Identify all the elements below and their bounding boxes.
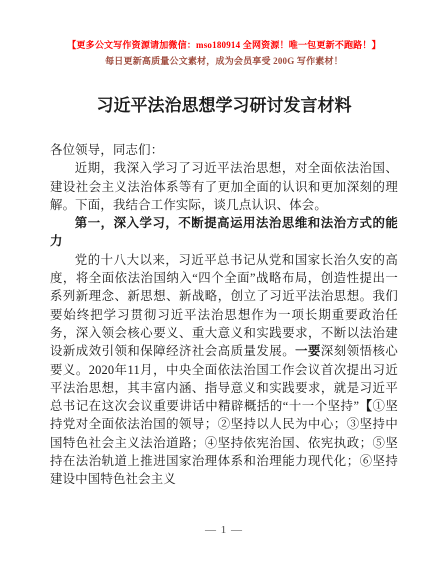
paragraph: 各位领导，同志们： bbox=[50, 141, 398, 159]
document-page: 【更多公文写作资源请加微信：mso180914 全网资源！唯一包更新不跑路！】 … bbox=[0, 0, 448, 580]
ad-banner-line1: 【更多公文写作资源请加微信：mso180914 全网资源！唯一包更新不跑路！】 bbox=[0, 37, 448, 53]
paragraph-segment: 近期，我深入学习了习近平法治思想，对全面依法治国、建设社会主义法治体系等有了更加… bbox=[50, 161, 398, 212]
page-number: — 1 — bbox=[0, 524, 448, 536]
document-body: 各位领导，同志们：近期，我深入学习了习近平法治思想，对全面依法治国、建设社会主义… bbox=[50, 141, 398, 489]
document-title: 习近平法治思想学习研讨发言材料 bbox=[30, 96, 418, 116]
paragraph: 党的十八大以来，习近平总书记从党和国家长治久安的高度，将全面依法治国纳入“四个全… bbox=[50, 251, 398, 489]
ad-banner-line2: 每日更新高质量公文素材，成为会员享受 200G 写作素材！ bbox=[0, 53, 448, 69]
paragraph-segment-bold: 第一，深入学习，不断提高运用法治思维和法治方式的能力 bbox=[50, 216, 398, 248]
paragraph-segment: 党的十八大以来，习近平总书记从党和国家长治久安的高度，将全面依法治国纳入“四个全… bbox=[50, 253, 398, 358]
paragraph: 第一，深入学习，不断提高运用法治思维和法治方式的能力 bbox=[50, 214, 398, 251]
paragraph: 近期，我深入学习了习近平法治思想，对全面依法治国、建设社会主义法治体系等有了更加… bbox=[50, 159, 398, 214]
paragraph-segment: 各位领导，同志们： bbox=[50, 143, 163, 157]
ad-banner: 【更多公文写作资源请加微信：mso180914 全网资源！唯一包更新不跑路！】 … bbox=[0, 0, 448, 69]
paragraph-segment-bold: 一要 bbox=[295, 344, 321, 358]
paragraph-segment-bold: 【 bbox=[359, 399, 372, 413]
